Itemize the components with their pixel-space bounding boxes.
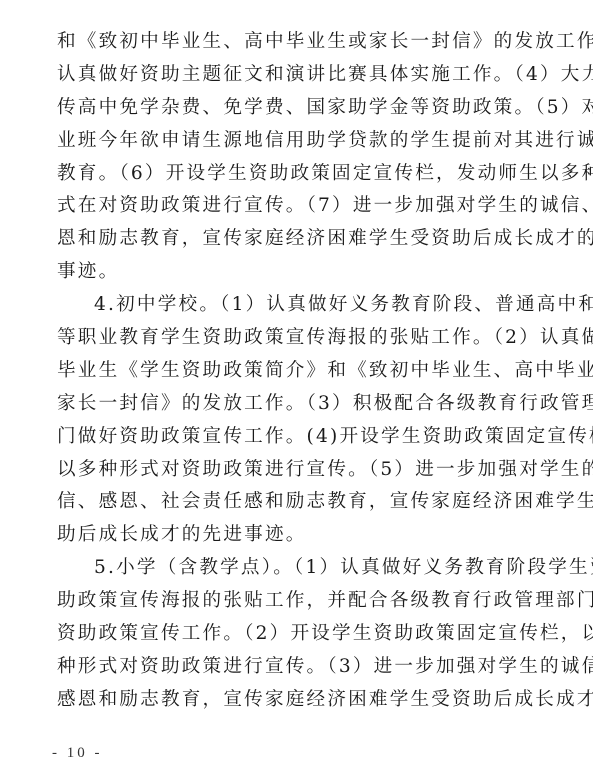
- text-line: 和《致初中毕业生、高中毕业生或家长一封信》的发放工作。(3): [57, 26, 557, 59]
- text-line: 式在对资助政策进行宣传。（7）进一步加强对学生的诚信、感: [57, 190, 557, 223]
- text-line: 事迹。: [57, 256, 557, 289]
- text-line: 等职业教育学生资助政策宣传海报的张贴工作。（2）认真做好: [57, 322, 557, 355]
- text-line: 信、感恩、社会责任感和励志教育，宣传家庭经济困难学生受资: [57, 486, 557, 519]
- text-line: 以多种形式对资助政策进行宣传。（5）进一步加强对学生的诚: [57, 454, 557, 487]
- text-line: 家长一封信》的发放工作。（3）积极配合各级教育行政管理部: [57, 388, 557, 421]
- text-line: 感恩和励志教育，宣传家庭经济困难学生受资助后成长成才的先: [57, 684, 557, 717]
- text-line: 门做好资助政策宣传工作。(4)开设学生资助政策固定宣传栏，: [57, 421, 557, 454]
- text-line: 教育。（6）开设学生资助政策固定宣传栏，发动师生以多种形: [57, 158, 557, 191]
- text-line: 助后成长成才的先进事迹。: [57, 519, 557, 552]
- text-line: 恩和励志教育，宣传家庭经济困难学生受资助后成长成才的先进: [57, 223, 557, 256]
- document-page: 和《致初中毕业生、高中毕业生或家长一封信》的发放工作。(3)认真做好资助主题征文…: [0, 0, 593, 778]
- paragraph-first-line: 4.初中学校。（1）认真做好义务教育阶段、普通高中和中: [57, 289, 557, 322]
- text-line: 资助政策宣传工作。（2）开设学生资助政策固定宣传栏，以多: [57, 618, 557, 651]
- text-line: 业班今年欲申请生源地信用助学贷款的学生提前对其进行诚信: [57, 125, 557, 158]
- paragraph-first-line: 5.小学（含教学点）。（1）认真做好义务教育阶段学生资: [57, 552, 557, 585]
- body-text: 和《致初中毕业生、高中毕业生或家长一封信》的发放工作。(3)认真做好资助主题征文…: [57, 26, 557, 717]
- page-number: - 10 -: [52, 745, 103, 762]
- text-line: 种形式对资助政策进行宣传。（3）进一步加强对学生的诚信、: [57, 651, 557, 684]
- text-line: 毕业生《学生资助政策简介》和《致初中毕业生、高中毕业生或: [57, 355, 557, 388]
- text-line: 传高中免学杂费、免学费、国家助学金等资助政策。（5）对毕: [57, 92, 557, 125]
- text-line: 助政策宣传海报的张贴工作，并配合各级教育行政管理部门做好: [57, 585, 557, 618]
- text-line: 认真做好资助主题征文和演讲比赛具体实施工作。（4）大力宣: [57, 59, 557, 92]
